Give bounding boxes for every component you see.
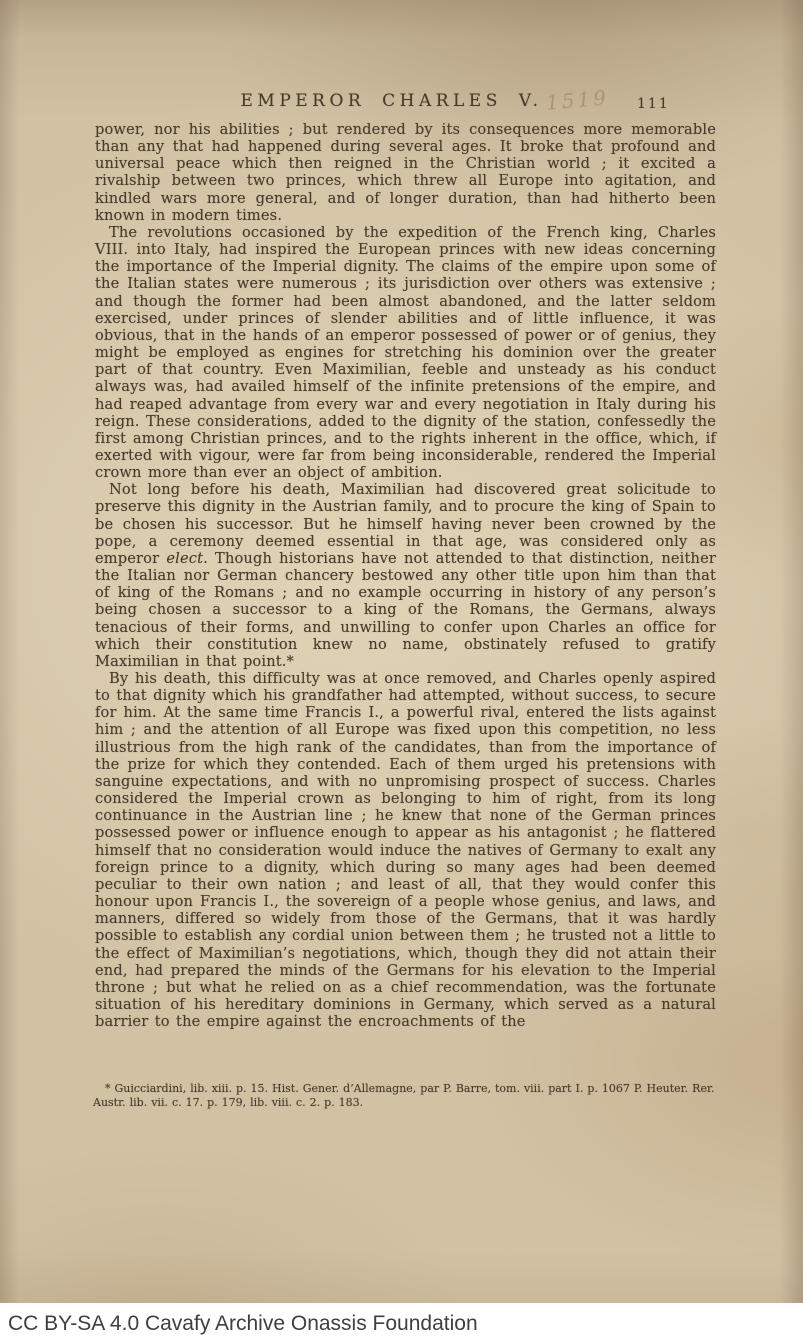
paragraph-3-italic-word: elect xyxy=(166,550,203,567)
paragraph-1: power, nor his abilities ; but rendered … xyxy=(95,121,716,224)
page-body-text: power, nor his abilities ; but rendered … xyxy=(95,121,716,1030)
paragraph-2-text: The revolutions occasioned by the expedi… xyxy=(95,224,716,481)
scanned-book-page: EMPEROR CHARLES V. 1519 111 power, nor h… xyxy=(0,0,803,1344)
paragraph-3: Not long before his death, Maximilian ha… xyxy=(95,481,716,670)
paragraph-4-text: By his death, this difficulty was at onc… xyxy=(95,670,716,1030)
footnote: * Guicciardini, lib. xiii. p. 15. Hist. … xyxy=(93,1082,726,1109)
paragraph-1-text: power, nor his abilities ; but rendered … xyxy=(95,121,716,224)
paragraph-4: By his death, this difficulty was at onc… xyxy=(95,670,716,1030)
license-text: CC BY-SA 4.0 Cavafy Archive Onassis Foun… xyxy=(0,1312,478,1336)
paragraph-3-text-continued: . Though historians have not attended to… xyxy=(95,550,716,670)
footnote-text: * Guicciardini, lib. xiii. p. 15. Hist. … xyxy=(93,1082,726,1109)
page-number: 111 xyxy=(637,96,670,112)
paragraph-2: The revolutions occasioned by the expedi… xyxy=(95,224,716,481)
running-header-title: EMPEROR CHARLES V. xyxy=(0,91,793,111)
license-bar: CC BY-SA 4.0 Cavafy Archive Onassis Foun… xyxy=(0,1303,803,1344)
